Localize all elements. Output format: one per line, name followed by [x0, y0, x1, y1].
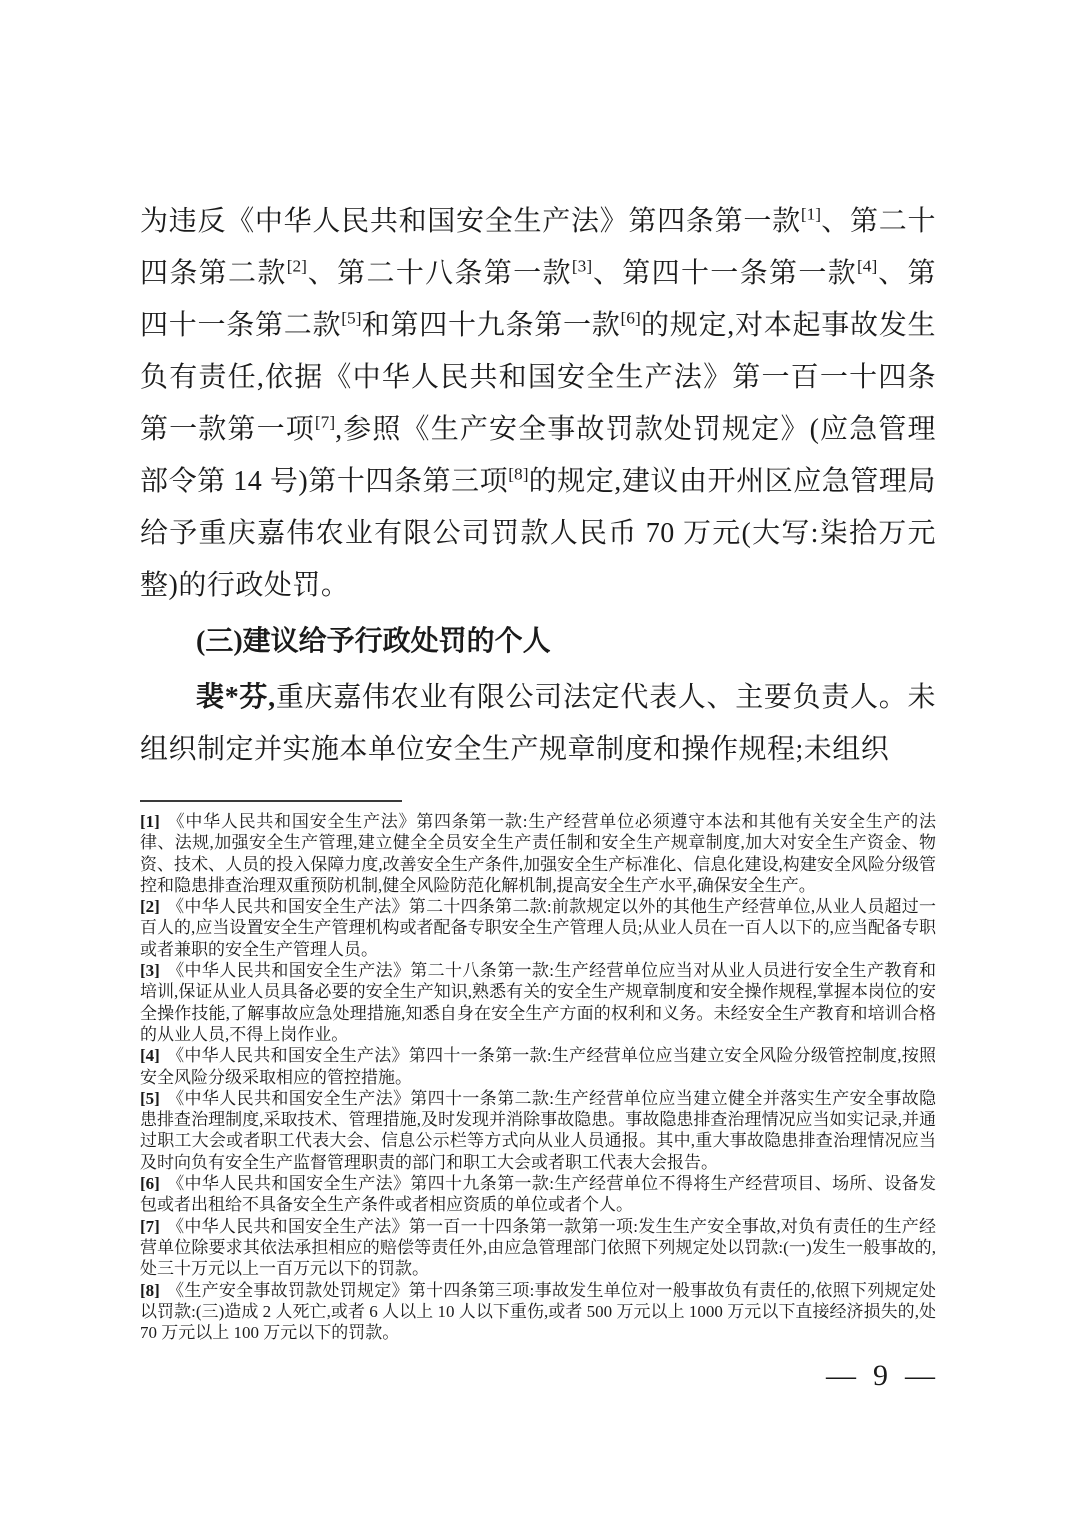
- footnote-item: [8]《生产安全事故罚款处罚规定》第十四条第三项:事故发生单位对一般事故负有责任…: [140, 1280, 936, 1344]
- footnote-text: 《中华人民共和国安全生产法》第四十九条第一款:生产经营单位不得将生产经营项目、场…: [140, 1174, 936, 1214]
- page-number-value: 9: [873, 1356, 888, 1396]
- text-run: 为违反《中华人民共和国安全生产法》第四条第一款: [140, 206, 801, 237]
- footnote-marker: [5]: [140, 1089, 160, 1108]
- footnote-item: [5]《中华人民共和国安全生产法》第四十一条第二款:生产经营单位应当建立健全并落…: [140, 1088, 936, 1173]
- footnote-text: 《中华人民共和国安全生产法》第四十一条第二款:生产经营单位应当建立健全并落实生产…: [140, 1089, 936, 1172]
- footnote-text: 《中华人民共和国安全生产法》第二十八条第一款:生产经营单位应当对从业人员进行安全…: [140, 961, 936, 1044]
- document-body: 为违反《中华人民共和国安全生产法》第四条第一款[1]、第二十四条第二款[2]、第…: [140, 196, 936, 776]
- footnote-ref: [4]: [857, 257, 877, 276]
- page-number-dash-right: —: [905, 1356, 935, 1396]
- footnote-marker: [2]: [140, 897, 160, 916]
- section-heading-individual-penalty: (三)建议给予行政处罚的个人: [140, 616, 936, 668]
- footnote-ref: [6]: [620, 309, 640, 328]
- footnote-marker: [1]: [140, 812, 160, 831]
- footnote-text: 《中华人民共和国安全生产法》第二十四条第二款:前款规定以外的其他生产经营单位,从…: [140, 897, 936, 959]
- footnote-item: [6]《中华人民共和国安全生产法》第四十九条第一款:生产经营单位不得将生产经营项…: [140, 1173, 936, 1216]
- footnote-marker: [3]: [140, 961, 160, 980]
- footnote-item: [7]《中华人民共和国安全生产法》第一百一十四条第一款第一项:发生生产安全事故,…: [140, 1216, 936, 1280]
- footnote-item: [2]《中华人民共和国安全生产法》第二十四条第二款:前款规定以外的其他生产经营单…: [140, 896, 936, 960]
- footnote-marker: [4]: [140, 1046, 160, 1065]
- footnote-separator: [140, 800, 402, 802]
- footnote-text: 《中华人民共和国安全生产法》第一百一十四条第一款第一项:发生生产安全事故,对负有…: [140, 1217, 936, 1279]
- text-run: 、第二十八条第一款: [307, 258, 572, 289]
- text-run: 、第四十一条第一款: [592, 258, 857, 289]
- footnotes-section: [1]《中华人民共和国安全生产法》第四条第一款:生产经营单位必须遵守本法和其他有…: [140, 800, 936, 1343]
- footnote-ref: [8]: [508, 465, 528, 484]
- paragraph-individual: 裴*芬,重庆嘉伟农业有限公司法定代表人、主要负责人。未组织制定并实施本单位安全生…: [140, 672, 936, 776]
- footnote-ref: [5]: [341, 309, 361, 328]
- footnote-ref: [7]: [315, 413, 335, 432]
- footnote-marker: [6]: [140, 1174, 160, 1193]
- footnote-marker: [8]: [140, 1281, 160, 1300]
- footnote-item: [4]《中华人民共和国安全生产法》第四十一条第一款:生产经营单位应当建立安全风险…: [140, 1045, 936, 1088]
- footnote-ref: [2]: [287, 257, 307, 276]
- paragraph-penalty-basis: 为违反《中华人民共和国安全生产法》第四条第一款[1]、第二十四条第二款[2]、第…: [140, 196, 936, 612]
- footnote-item: [3]《中华人民共和国安全生产法》第二十八条第一款:生产经营单位应当对从业人员进…: [140, 960, 936, 1045]
- footnote-text: 《中华人民共和国安全生产法》第四条第一款:生产经营单位必须遵守本法和其他有关安全…: [140, 812, 936, 895]
- text-run: 和第四十九条第一款: [362, 310, 621, 341]
- footnote-text: 《生产安全事故罚款处罚规定》第十四条第三项:事故发生单位对一般事故负有责任的,依…: [140, 1281, 936, 1343]
- page-number-dash-left: —: [826, 1356, 856, 1396]
- document-page: 为违反《中华人民共和国安全生产法》第四条第一款[1]、第二十四条第二款[2]、第…: [0, 0, 1074, 1520]
- footnote-marker: [7]: [140, 1217, 160, 1236]
- footnote-text: 《中华人民共和国安全生产法》第四十一条第一款:生产经营单位应当建立安全风险分级管…: [140, 1046, 936, 1086]
- page-number: — 9 —: [826, 1356, 935, 1396]
- footnote-ref: [1]: [801, 205, 821, 224]
- person-name: 裴*芬,: [196, 682, 276, 713]
- footnote-item: [1]《中华人民共和国安全生产法》第四条第一款:生产经营单位必须遵守本法和其他有…: [140, 811, 936, 896]
- footnote-ref: [3]: [572, 257, 592, 276]
